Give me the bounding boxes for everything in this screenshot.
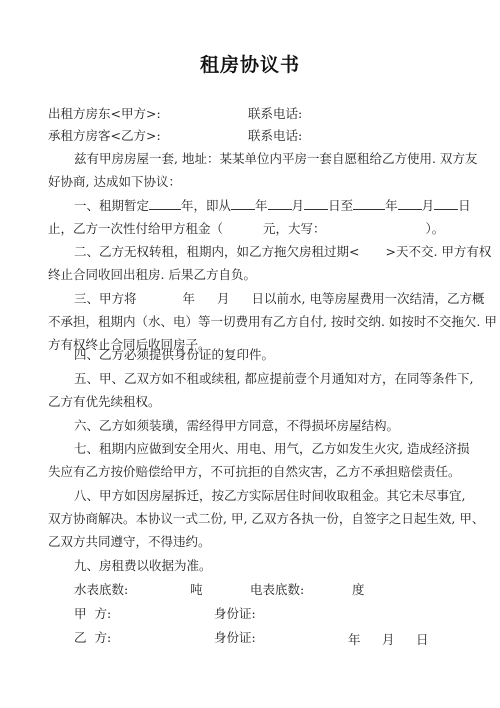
- start-year-blank[interactable]: [231, 196, 255, 210]
- clause-2-text: 二、乙方无权转租，租期内，如乙方拖欠房租过期<: [74, 244, 359, 259]
- tenant-phone-label: 联系电话:: [248, 126, 302, 146]
- clause-3-text: 年: [183, 291, 196, 306]
- clause-2-text: >天不交. 甲方有权: [385, 244, 491, 259]
- clause-1-text: 日: [458, 198, 471, 213]
- tenant-label: 承租方房客<乙方>:: [48, 128, 161, 143]
- document-page: 租房协议书 出租方房东<甲方>: 联系电话: 承租方房客<乙方>: 联系电话: …: [0, 0, 500, 708]
- clause-7-line-1: 七、租期内应做到安全用火、用电、用气，乙方如发生火灾, 造成经济损: [48, 439, 494, 459]
- clause-1-text: ）。: [426, 221, 445, 236]
- clause-3-text: 三、甲方将: [74, 291, 137, 306]
- intro-line-2: 好协商, 达成如下协议：: [48, 172, 468, 192]
- clause-6-line-1: 六、乙方如须装璜，需经得甲方同意，不得损坏房屋结构。: [48, 416, 494, 436]
- clause-4-line-1: 四、乙方必须提供身份证的复印件。: [48, 345, 494, 365]
- clause-3-text: 月: [217, 291, 230, 306]
- party-a-id-label: 身份证:: [214, 604, 256, 624]
- clause-1-text: 年: [255, 198, 268, 213]
- clause-1-text: 年: [385, 198, 398, 213]
- document-title: 租房协议书: [0, 50, 500, 77]
- clause-7-line-2: 失应有乙方按价赔偿给甲方，不可抗拒的自然灾害，乙方不承担赔偿责任。: [48, 462, 468, 482]
- clause-1-line-1: 一、租期暂定年，即从年月日至年月日: [48, 196, 494, 216]
- party-a-signature-row: 甲 方: 身份证:: [48, 604, 494, 624]
- landlord-row: 出租方房东<甲方>: 联系电话:: [48, 104, 468, 124]
- landlord-phone-label: 联系电话:: [248, 104, 302, 124]
- clause-1-text: 月: [422, 198, 435, 213]
- clause-2-line-2: 终止合同收回出租房. 后果乙方自负。: [48, 265, 468, 285]
- clause-3-text: 日以前水, 电等房屋费用一次结清，乙方概: [252, 291, 485, 306]
- party-b-label: 乙 方:: [74, 630, 111, 645]
- party-a-label: 甲 方:: [74, 606, 111, 621]
- clause-5-line-1: 五、甲、乙双方如不租或续租, 都应提前壹个月通知对方，在同等条件下,: [48, 369, 494, 389]
- clause-9-line-1: 九、房租费以收据为准。: [48, 556, 494, 576]
- clause-8-line-2: 双方协商解决。本协议一式二份, 甲, 乙双方各执一份，自签字之日起生效, 甲、: [48, 509, 468, 529]
- clause-3-line-2: 不承担，租期内（水、电）等一切费用有乙方自付, 按时交纳. 如按时不交拖欠. 甲: [48, 312, 468, 332]
- end-month-blank[interactable]: [398, 196, 422, 210]
- clause-1-text: 日至: [328, 198, 353, 213]
- clause-1-text: 一、租期暂定: [74, 198, 149, 213]
- electric-meter-label: 电表底数:: [250, 580, 304, 600]
- clause-1-text: 月: [292, 198, 305, 213]
- landlord-label: 出租方房东<甲方>:: [48, 106, 161, 121]
- clause-1-text: 年，即从: [181, 198, 231, 213]
- end-day-blank[interactable]: [434, 196, 458, 210]
- lease-years-blank[interactable]: [149, 196, 181, 210]
- water-meter-unit: 吨: [190, 580, 203, 600]
- meter-readings-row: 水表底数: 吨 电表底数: 度: [48, 580, 494, 600]
- clause-8-line-3: 乙双方共同遵守，不得违约。: [48, 532, 468, 552]
- start-month-blank[interactable]: [268, 196, 292, 210]
- date-year: 年: [348, 630, 361, 650]
- clause-2-line-1: 二、乙方无权转租，租期内，如乙方拖欠房租过期<>天不交. 甲方有权: [48, 242, 494, 262]
- date-month: 月: [382, 630, 395, 650]
- start-day-blank[interactable]: [304, 196, 328, 210]
- party-b-id-label: 身份证:: [214, 628, 256, 648]
- date-day: 日: [416, 630, 429, 650]
- end-year-blank[interactable]: [353, 196, 385, 210]
- clause-5-line-2: 乙方有优先续租权。: [48, 392, 468, 412]
- clause-1-text: 止，乙方一次性付给甲方租金（: [48, 221, 223, 236]
- water-meter-label: 水表底数:: [74, 582, 128, 597]
- clause-8-line-1: 八、甲方如因房屋拆迁，按乙方实际居住时间收取租金。其它未尽事宜,: [48, 486, 494, 506]
- intro-line-1: 兹有甲房房屋一套, 地址：某某单位内平房一套自愿租给乙方使用. 双方友: [48, 149, 494, 169]
- clause-1-text: 元，大写：: [263, 221, 326, 236]
- clause-1-line-2: 止，乙方一次性付给甲方租金（元，大写：）。: [48, 219, 468, 239]
- electric-meter-unit: 度: [352, 580, 365, 600]
- clause-3-line-1: 三、甲方将年月日以前水, 电等房屋费用一次结清，乙方概: [48, 289, 494, 309]
- tenant-row: 承租方房客<乙方>: 联系电话:: [48, 126, 468, 146]
